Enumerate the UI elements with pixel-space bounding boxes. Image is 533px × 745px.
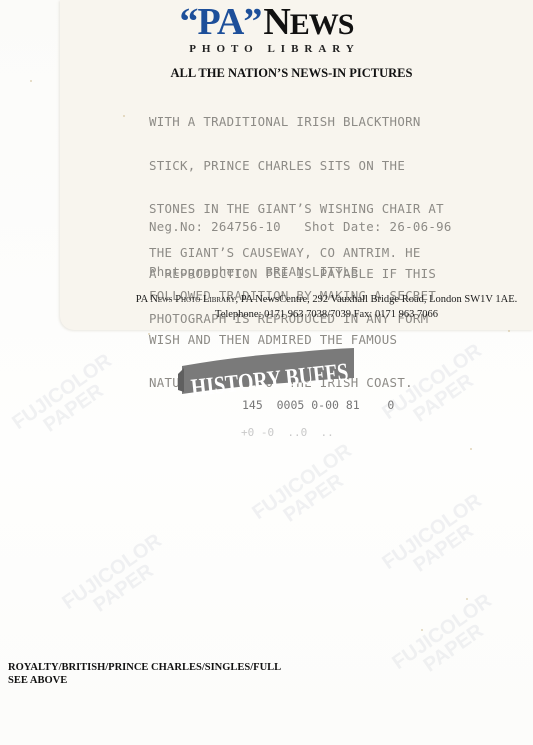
category-note: SEE ABOVE	[8, 674, 281, 687]
paper-speck	[123, 115, 125, 117]
caption-line: STICK, PRINCE CHARLES SITS ON THE	[149, 159, 533, 174]
masthead: “PA”NEWS PHOTO LIBRARY	[0, 2, 533, 55]
paper-speck	[508, 330, 510, 332]
paper-speck	[148, 333, 150, 335]
print-stamp-numbers: 145 0005 0-00 81 0	[242, 398, 394, 412]
print-stamp-faint: +0 -0 ..0 ..	[241, 426, 334, 439]
history-buffs-stamp: HISTORY BUFFS	[178, 344, 358, 396]
paper-speck	[30, 80, 32, 82]
contact-footer: PA News Photo Library, PA NewsCentre, 29…	[120, 292, 533, 322]
logo-subtitle: PHOTO LIBRARY	[0, 43, 533, 55]
paper-speck	[421, 629, 423, 631]
logo-news: NEWS	[263, 1, 353, 43]
notice-line: A REPRODUCTION FEE IS PAYABLE IF THIS	[149, 266, 436, 281]
negative-number-and-date: Neg.No: 264756-10 Shot Date: 26-06-96	[149, 219, 452, 234]
tagline: ALL THE NATION’S NEWS-IN PICTURES	[0, 66, 533, 81]
paper-speck	[470, 448, 472, 450]
banner-ribbon-icon: HISTORY BUFFS	[178, 344, 358, 396]
phone-fax-line: Telephone: 0171 963 7038/7039 Fax: 0171 …	[120, 307, 533, 322]
address-line: PA News Photo Library, PA NewsCentre, 29…	[120, 292, 533, 307]
logo-pa: “PA”	[180, 1, 262, 43]
caption-line: WITH A TRADITIONAL IRISH BLACKTHORN	[149, 115, 533, 130]
category-path: ROYALTY/BRITISH/PRINCE CHARLES/SINGLES/F…	[8, 661, 281, 674]
paper-speck	[466, 598, 468, 600]
pa-news-logo: “PA”NEWS	[0, 2, 533, 45]
archive-category: ROYALTY/BRITISH/PRINCE CHARLES/SINGLES/F…	[8, 661, 281, 687]
reproduction-notice: A REPRODUCTION FEE IS PAYABLE IF THIS PH…	[149, 236, 436, 341]
